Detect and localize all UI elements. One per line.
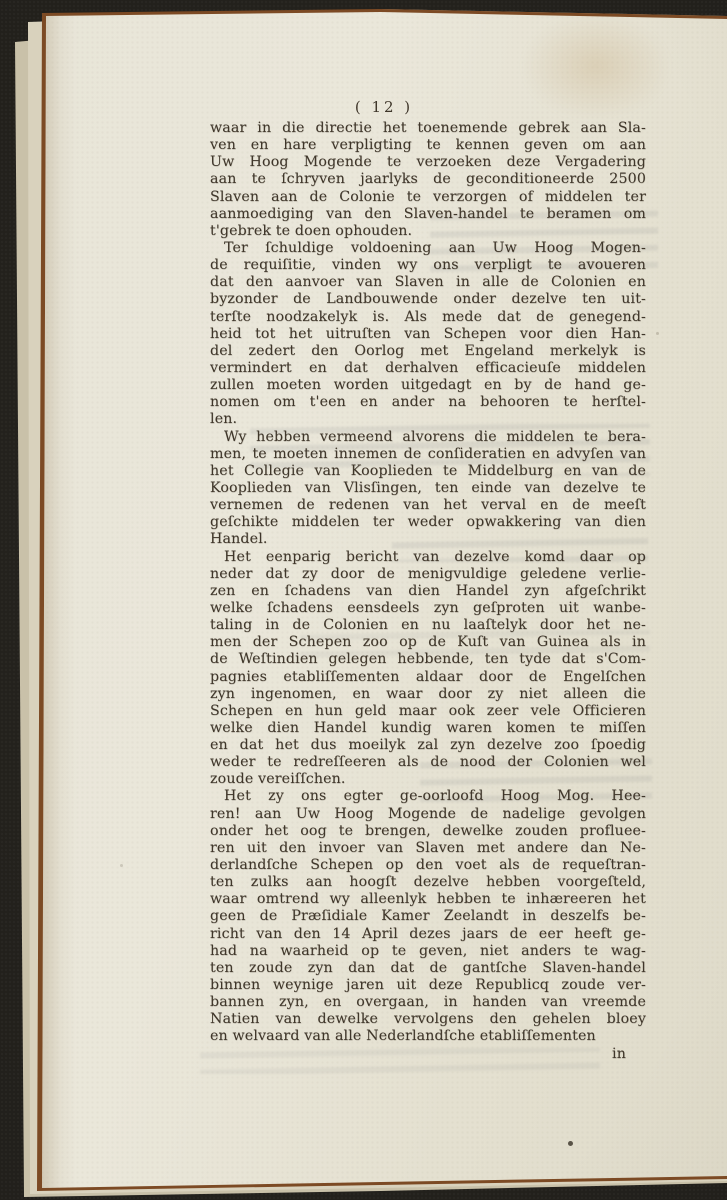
book-page: ( 12 ) waar in die directie het toenemen… <box>0 0 727 1200</box>
text-line: ten zulks aan hoogſt dezelve hebben voor… <box>210 874 646 891</box>
text-line: Slaven aan de Colonie te verzorgen of mi… <box>210 189 646 206</box>
text-line: zoude vereiſſchen. <box>210 771 646 788</box>
text-line: byzonder de Landbouwende onder dezelve t… <box>210 291 646 308</box>
paragraph: Ter ſchuldige voldoening aan Uw Hoog Mog… <box>210 240 646 429</box>
text-line: men, te moeten innemen de conſideratien … <box>210 446 646 463</box>
text-line: vermindert en dat derhalven efficacieuſe… <box>210 360 646 377</box>
text-line: neder dat zy door de menigvuldige gelede… <box>210 566 646 583</box>
text-line: nomen om t'een en ander na behooren te h… <box>210 394 646 411</box>
text-line: binnen weynige jaren uit deze Republicq … <box>210 977 646 994</box>
text-line: Uw Hoog Mogende te verzoeken deze Vergad… <box>210 154 646 171</box>
paragraph: Wy hebben vermeend alvorens die middelen… <box>210 429 646 549</box>
text-line: ven en hare verpligting te kennen geven … <box>210 137 646 154</box>
text-line: aanmoediging van den Slaven-handel te be… <box>210 206 646 223</box>
text-line: Ter ſchuldige voldoening aan Uw Hoog Mog… <box>210 240 646 257</box>
text-line: vernemen de redenen van het verval en de… <box>210 497 646 514</box>
text-line: en welvaard van alle Nederlandſche etabl… <box>210 1028 646 1045</box>
text-line: pagnies etabliſſementen aldaar door de E… <box>210 669 646 686</box>
text-line: welke ſchadens eensdeels zyn geſproten u… <box>210 600 646 617</box>
text-line: t'gebrek te doen ophouden. <box>210 223 646 240</box>
paragraph: Het eenparig bericht van dezelve komd da… <box>210 549 646 789</box>
ink-speck <box>568 1141 573 1146</box>
text-line: Natien van dewelke vervolgens den gehele… <box>210 1011 646 1028</box>
text-line: Wy hebben vermeend alvorens die middelen… <box>210 429 646 446</box>
paragraph: waar in die directie het toenemende gebr… <box>210 120 646 240</box>
text-line: de Weſtindien gelegen hebbende, ten tyde… <box>210 651 646 668</box>
text-line: terſte noodzakelyk is. Als mede dat de g… <box>210 309 646 326</box>
left-edge-shadow <box>42 12 76 1188</box>
text-line: zen en ſchadens van dien Handel zyn afge… <box>210 583 646 600</box>
text-line: Schepen en hun geld maar ook zeer vele O… <box>210 703 646 720</box>
text-line: ten zoude zyn dan dat de gantſche Slaven… <box>210 960 646 977</box>
text-line: dat den aanvoer van Slaven in alle de Co… <box>210 274 646 291</box>
text-line: del zedert den Oorlog met Engeland merke… <box>210 343 646 360</box>
text-line: men der Schepen zoo op de Kuſt van Guine… <box>210 634 646 651</box>
text-line: richt van den 14 April dezes jaars de ee… <box>210 926 646 943</box>
scanned-book-page: ( 12 ) waar in die directie het toenemen… <box>0 0 727 1200</box>
text-line: geſchikte middelen ter weder opwakkering… <box>210 514 646 531</box>
text-line: het Collegie van Kooplieden te Middelbur… <box>210 463 646 480</box>
body-text-block: waar in die directie het toenemende gebr… <box>210 120 646 1063</box>
ink-speck <box>656 332 659 335</box>
text-line: zyn ingenomen, en waar door zy niet alle… <box>210 686 646 703</box>
text-line: taling in de Colonien en nu laaſtelyk do… <box>210 617 646 634</box>
text-line: waar in die directie het toenemende gebr… <box>210 120 646 137</box>
text-line: heid tot het uitruſten van Schepen voor … <box>210 326 646 343</box>
text-line: aan te ſchryven jaarlyks de geconditione… <box>210 171 646 188</box>
text-line: en dat het dus moeilyk zal zyn dezelve z… <box>210 737 646 754</box>
text-line: derlandſche Schepen op den voet als de r… <box>210 857 646 874</box>
text-line: waar omtrend wy alleenlyk hebben te inhæ… <box>210 891 646 908</box>
text-line: onder het oog te brengen, dewelke zouden… <box>210 823 646 840</box>
text-line: de requiſitie, vinden wy ons verpligt te… <box>210 257 646 274</box>
text-line: welke dien Handel kundig waren komen te … <box>210 720 646 737</box>
text-line: weder te redreſſeeren als de nood der Co… <box>210 754 646 771</box>
text-line: ren! aan Uw Hoog Mogende de nadelige gev… <box>210 806 646 823</box>
catchword: in <box>210 1046 646 1063</box>
text-line: len. <box>210 411 646 428</box>
text-line: bannen zyn, en overgaan, in handen van v… <box>210 994 646 1011</box>
text-line: ren uit den invoer van Slaven met andere… <box>210 840 646 857</box>
text-line: Het eenparig bericht van dezelve komd da… <box>210 549 646 566</box>
page-number: ( 12 ) <box>166 98 602 116</box>
paragraph: Het zy ons egter ge-oorloofd Hoog Mog. H… <box>210 788 646 1045</box>
text-line: Het zy ons egter ge-oorloofd Hoog Mog. H… <box>210 788 646 805</box>
text-line: had na waarheid op te geven, niet anders… <box>210 943 646 960</box>
ink-speck <box>120 864 123 867</box>
text-line: zullen moeten worden uitgedagt en by de … <box>210 377 646 394</box>
text-line: geen de Præſidiale Kamer Zeelandt in des… <box>210 908 646 925</box>
text-line: Handel. <box>210 531 646 548</box>
text-line: Kooplieden van Vlisſingen, ten einde van… <box>210 480 646 497</box>
